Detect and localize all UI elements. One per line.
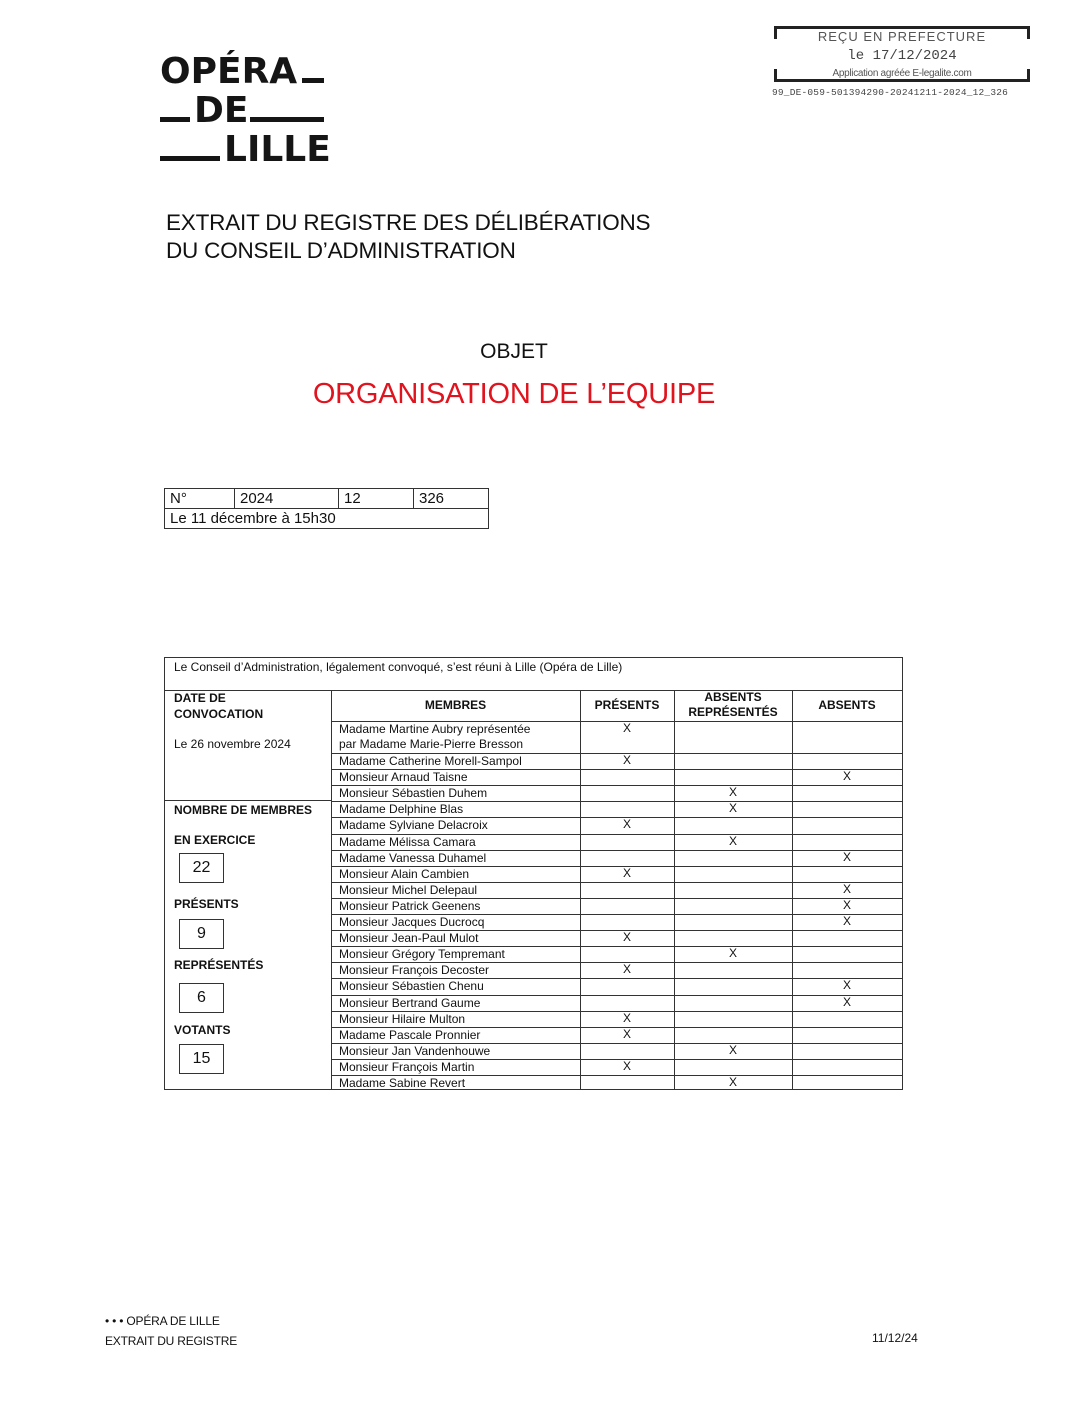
number-label: N° <box>165 489 235 509</box>
member-name-continued: par Madame Marie-Pierre Bresson <box>339 737 523 752</box>
table-row: Monsieur Bertrand GaumeX <box>331 995 904 1011</box>
attendance-mark-present: X <box>580 866 674 881</box>
member-name: Madame Mélissa Camara <box>339 835 476 850</box>
footer-doc: EXTRAIT DU REGISTRE <box>105 1331 237 1351</box>
attendance-mark-represented: X <box>674 946 792 961</box>
table-row: Madame Martine Aubry représentéepar Mada… <box>331 721 904 753</box>
table-row: Madame Delphine BlasX <box>331 801 904 817</box>
attendance-mark-absent: X <box>792 995 902 1010</box>
divider <box>165 800 331 801</box>
register-title-line-2: DU CONSEIL D’ADMINISTRATION <box>166 237 650 265</box>
footer-left: • • • OPÉRA DE LILLE EXTRAIT DU REGISTRE <box>105 1311 237 1351</box>
footer-org: • • • OPÉRA DE LILLE <box>105 1311 237 1331</box>
logo-line-3: LILLE <box>160 130 330 169</box>
attendance-mark-absent: X <box>792 769 902 784</box>
attendance-intro: Le Conseil d’Administration, légalement … <box>174 660 622 674</box>
attendance-mark-present: X <box>580 1011 674 1026</box>
table-row: Monsieur Grégory TempremantX <box>331 946 904 962</box>
member-name: Madame Sabine Revert <box>339 1076 465 1091</box>
logo-bar <box>302 78 324 83</box>
present-count: 9 <box>179 919 224 949</box>
member-name: Monsieur Bertrand Gaume <box>339 996 480 1011</box>
logo-text-opera: OPÉRA <box>160 51 297 92</box>
table-row: Monsieur Arnaud TaisneX <box>331 769 904 785</box>
member-name: Madame Delphine Blas <box>339 802 463 817</box>
number-year: 2024 <box>235 489 339 509</box>
table-row: Madame Sylviane DelacroixX <box>331 817 904 833</box>
member-name: Madame Catherine Morell-Sampol <box>339 754 522 769</box>
member-count-title: NOMBRE DE MEMBRES <box>174 802 312 818</box>
table-row: Monsieur Sébastien ChenuX <box>331 978 904 994</box>
table-row: Madame Vanessa DuhamelX <box>331 850 904 866</box>
table-row: Monsieur François DecosterX <box>331 962 904 978</box>
table-row: Monsieur François MartinX <box>331 1059 904 1075</box>
logo-text-lille: LILLE <box>224 130 331 169</box>
member-name: Madame Vanessa Duhamel <box>339 851 486 866</box>
attendance-mark-present: X <box>580 1027 674 1042</box>
table-row: Madame Mélissa CamaraX <box>331 834 904 850</box>
convocation-date: Le 26 novembre 2024 <box>174 737 291 751</box>
attendance-table: Le Conseil d’Administration, légalement … <box>164 657 903 1090</box>
stamp-reference: 99_DE-059-501394290-20241211-2024_12_326 <box>772 87 1028 98</box>
voters-label: VOTANTS <box>174 1022 230 1038</box>
logo-line-2: DE <box>160 91 330 130</box>
attendance-mark-present: X <box>580 962 674 977</box>
footer-date: 11/12/24 <box>872 1331 918 1345</box>
member-name: Monsieur Grégory Tempremant <box>339 947 505 962</box>
stamp-received-label: REÇU EN PREFECTURE <box>774 29 1030 44</box>
table-row: Monsieur Sébastien DuhemX <box>331 785 904 801</box>
number-id: 326 <box>414 489 489 509</box>
table-row: Monsieur Alain CambienX <box>331 866 904 882</box>
member-name: Monsieur Hilaire Multon <box>339 1012 465 1027</box>
table-row: Madame Sabine RevertX <box>331 1075 904 1091</box>
attendance-mark-absent: X <box>792 978 902 993</box>
attendance-mark-represented: X <box>674 834 792 849</box>
table-row: Monsieur Michel DelepaulX <box>331 882 904 898</box>
header-absent-represented: ABSENTS REPRÉSENTÉS <box>674 690 792 720</box>
deliberation-number-table: N° 2024 12 326 Le 11 décembre à 15h30 <box>164 488 489 529</box>
header-present: PRÉSENTS <box>580 698 674 713</box>
member-name: Monsieur Patrick Geenens <box>339 899 480 914</box>
represented-label: REPRÉSENTÉS <box>174 957 263 973</box>
member-name: Madame Pascale Pronnier <box>339 1028 480 1043</box>
table-row: Madame Pascale PronnierX <box>331 1027 904 1043</box>
member-name: Madame Martine Aubry représentée <box>339 722 530 737</box>
member-name: Monsieur Sébastien Chenu <box>339 979 484 994</box>
table-row: Monsieur Hilaire MultonX <box>331 1011 904 1027</box>
logo-bar <box>250 117 324 122</box>
member-name: Monsieur Alain Cambien <box>339 867 469 882</box>
attendance-mark-represented: X <box>674 1075 792 1090</box>
voters-count: 15 <box>179 1044 224 1074</box>
register-title: EXTRAIT DU REGISTRE DES DÉLIBÉRATIONS DU… <box>166 209 650 265</box>
table-row: Madame Catherine Morell-SampolX <box>331 753 904 769</box>
attendance-mark-absent: X <box>792 850 902 865</box>
objet-label: OBJET <box>0 340 1028 364</box>
convocation-label: DATE DE CONVOCATION <box>174 690 263 722</box>
member-name: Monsieur Sébastien Duhem <box>339 786 487 801</box>
logo-bar <box>160 156 220 161</box>
number-month: 12 <box>339 489 414 509</box>
table-row: Monsieur Patrick GeenensX <box>331 898 904 914</box>
attendance-mark-absent: X <box>792 882 902 897</box>
header-absent: ABSENTS <box>792 698 902 713</box>
attendance-mark-present: X <box>580 817 674 832</box>
member-name: Monsieur Jacques Ducrocq <box>339 915 484 930</box>
opera-de-lille-logo: OPÉRA DE LILLE <box>160 52 330 168</box>
present-label: PRÉSENTS <box>174 896 239 912</box>
logo-text-de: DE <box>194 91 248 130</box>
in-office-label: EN EXERCICE <box>174 832 255 848</box>
attendance-mark-absent: X <box>792 914 902 929</box>
objet-title: ORGANISATION DE L’EQUIPE <box>0 378 1028 411</box>
meeting-date-time: Le 11 décembre à 15h30 <box>165 509 489 529</box>
attendance-mark-represented: X <box>674 1043 792 1058</box>
convocation-label-line-2: CONVOCATION <box>174 706 263 722</box>
attendance-mark-present: X <box>580 1059 674 1074</box>
member-name: Monsieur Michel Delepaul <box>339 883 477 898</box>
stamp-application-label: Application agréée E-legalite.com <box>774 68 1030 79</box>
attendance-mark-represented: X <box>674 801 792 816</box>
attendance-mark-present: X <box>580 753 674 768</box>
header-absent-represented-line-1: ABSENTS <box>674 690 792 705</box>
table-row: Monsieur Jean-Paul MulotX <box>331 930 904 946</box>
header-members: MEMBRES <box>331 698 580 713</box>
represented-count: 6 <box>179 983 224 1013</box>
register-title-line-1: EXTRAIT DU REGISTRE DES DÉLIBÉRATIONS <box>166 209 650 237</box>
attendance-mark-absent: X <box>792 898 902 913</box>
member-name: Monsieur François Martin <box>339 1060 474 1075</box>
header-absent-represented-line-2: REPRÉSENTÉS <box>674 705 792 720</box>
member-name: Monsieur Jean-Paul Mulot <box>339 931 478 946</box>
logo-bar <box>160 117 190 122</box>
attendance-mark-present: X <box>580 721 674 736</box>
member-name: Monsieur François Decoster <box>339 963 489 978</box>
member-name: Madame Sylviane Delacroix <box>339 818 488 833</box>
table-row: Monsieur Jan VandenhouweX <box>331 1043 904 1059</box>
stamp-received-date: le 17/12/2024 <box>774 48 1030 64</box>
prefecture-stamp: REÇU EN PREFECTURE le 17/12/2024 Applica… <box>774 26 1026 82</box>
attendance-mark-represented: X <box>674 785 792 800</box>
member-name: Monsieur Arnaud Taisne <box>339 770 468 785</box>
convocation-label-line-1: DATE DE <box>174 690 263 706</box>
logo-line-1: OPÉRA <box>160 52 330 91</box>
in-office-count: 22 <box>179 853 224 883</box>
attendance-mark-present: X <box>580 930 674 945</box>
table-row: Monsieur Jacques DucrocqX <box>331 914 904 930</box>
member-name: Monsieur Jan Vandenhouwe <box>339 1044 490 1059</box>
